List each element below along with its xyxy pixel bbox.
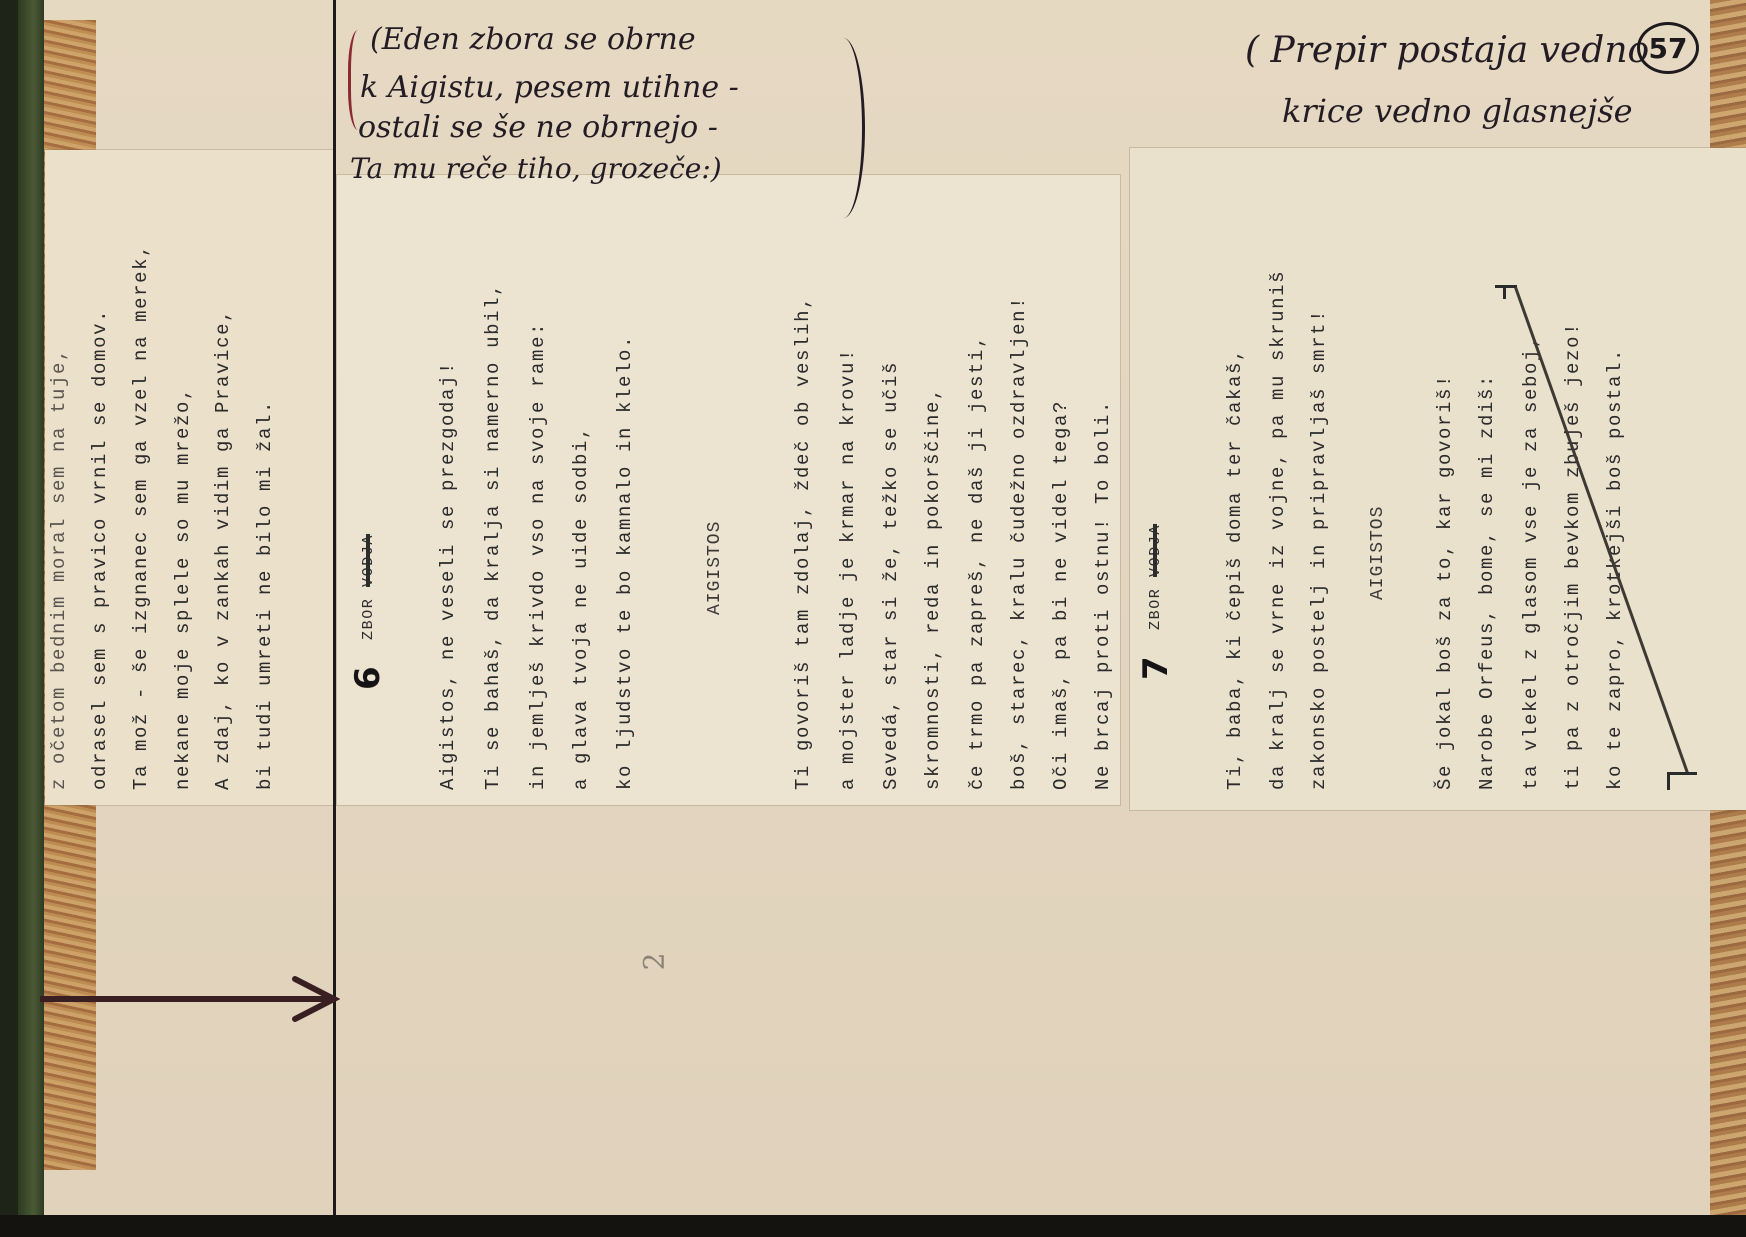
aigistos-line: Ne brcaj proti ostnu! To boli. — [1092, 400, 1114, 790]
chorus-line: Aigistos, ne veseli se prezgodaj! — [437, 361, 459, 790]
aigistos-line: ti pa z otročjim bevkom zbuješ jezo! — [1562, 322, 1584, 790]
aigistos-line: Še jokal boš za to, kar govoriš! — [1434, 374, 1456, 790]
section-number-7: 7 — [1136, 656, 1176, 680]
aigistos-line: Sevedá, star si že, težko se učiš — [880, 361, 902, 790]
chorus-line: Ti se bahaš, da kralja si namerno ubil, — [482, 283, 504, 790]
handwritten-close-paren — [822, 38, 865, 218]
handwritten-note-line: (Eden zbora se obrne — [370, 22, 696, 57]
aigistos-line: a mojster ladje je krmar na krovu! — [837, 348, 859, 790]
typed-line: bi tudi umreti ne bilo mi žal. — [254, 400, 276, 790]
aigistos-line: Oči imaš, pa bi ne videl tega? — [1050, 400, 1072, 790]
speaker-label-zbor: ZBOR VODJA — [1145, 524, 1167, 630]
aigistos-line: če trmo pa zapreš, ne daš ji jesti, — [966, 335, 988, 790]
handwritten-note-line: krice vedno glasnejše — [1282, 92, 1633, 130]
chorus-line: da kralj se vrne iz vojne, pa mu skruniš — [1267, 270, 1289, 790]
aigistos-line: skromnosti, reda in pokorščine, — [922, 387, 944, 790]
page-number-circled: 57 — [1637, 22, 1699, 74]
scan-bottom-edge — [0, 1215, 1746, 1237]
aigistos-line: boš, starec, kralu čudežno ozdravljen! — [1008, 296, 1030, 790]
chorus-line: Ti, baba, ki čepiš doma ter čakaš, — [1224, 348, 1246, 790]
manuscript-page: z očetom bednim moral sem na tuje, odras… — [0, 0, 1746, 1237]
pen-vertical-line — [333, 0, 336, 1215]
chorus-line: zakonsko postelj in pripravljaš smrt! — [1308, 309, 1330, 790]
speaker-heading-aigistos: AIGISTOS — [1367, 506, 1389, 600]
handwritten-note-line: k Aigistu, pesem utihne - — [360, 70, 739, 105]
deletion-bracket-bottom — [1667, 772, 1697, 775]
struck-vodja: VODJA — [1147, 524, 1164, 577]
aigistos-line: ta vlekel z glasom vse je za seboj, — [1520, 335, 1542, 790]
handwritten-note-line: Ta mu reče tiho, grozeče:) — [350, 152, 722, 185]
section-number-6: 6 — [348, 666, 388, 690]
handwritten-note-line: ostali se še ne obrnejo - — [358, 110, 718, 145]
typed-line-cut: z očetom bednim moral sem na tuje, — [48, 348, 70, 790]
deletion-bracket-tick — [1667, 772, 1670, 790]
speaker-heading-aigistos: AIGISTOS — [704, 521, 726, 615]
typed-line: odrasel sem s pravico vrnil se domov. — [89, 309, 111, 790]
typed-line: A zdaj, ko v zankah vidim ga Pravice, — [212, 309, 234, 790]
chorus-line: ko ljudstvo te bo kamnalo in klelo. — [614, 335, 636, 790]
aigistos-line: Ti govoriš tam zdolaj, ždeč ob veslih, — [792, 296, 814, 790]
typed-line: nekane moje splele so mu mrežo, — [172, 387, 194, 790]
arrow-right-icon — [290, 975, 340, 1023]
chorus-line: a glava tvoja ne uide sodbi, — [570, 426, 592, 790]
binding-green-edge — [18, 0, 44, 1237]
typed-line: Ta mož - še izgnanec sem ga vzel na mere… — [130, 244, 152, 790]
pencil-mark: 2 — [637, 953, 670, 971]
deletion-bracket-tick — [1503, 285, 1506, 299]
chorus-line: in jemlješ krivdo vso na svoje rame: — [527, 322, 549, 790]
struck-vodja: VODJA — [360, 534, 377, 587]
aigistos-line: Narobe Orfeus, bome, se mi zdiš: — [1476, 374, 1498, 790]
speaker-label-zbor: ZBOR VODJA — [358, 534, 380, 640]
handwritten-note-line: ( Prepir postaja vedno — [1245, 30, 1649, 71]
